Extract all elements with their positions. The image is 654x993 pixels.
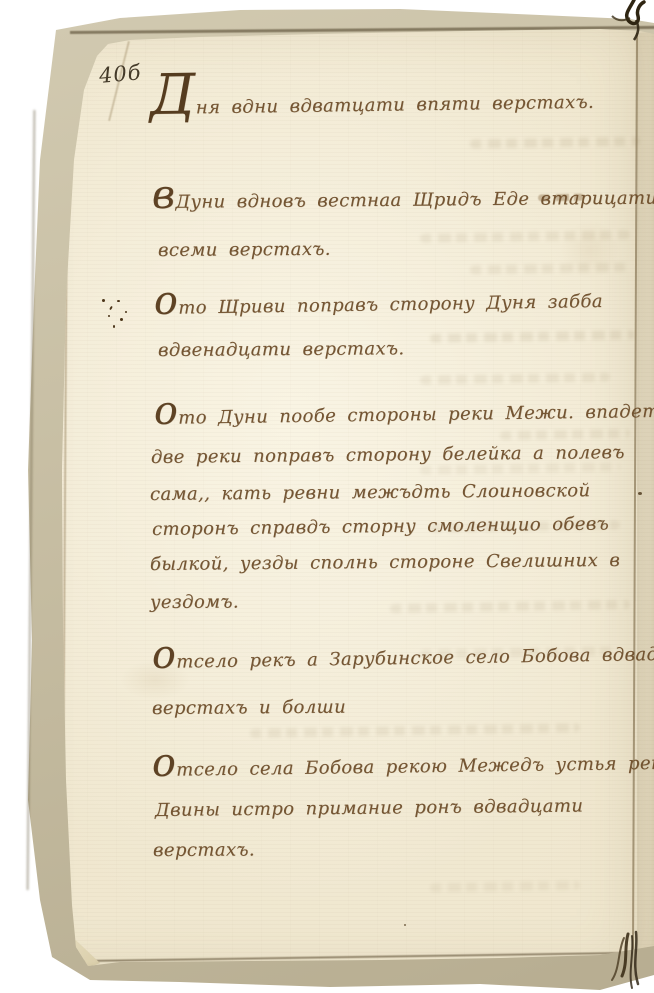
bleedthrough-ghost-text <box>420 372 610 384</box>
bleedthrough-ghost-text <box>420 230 630 243</box>
bleedthrough-ghost-text <box>430 330 635 343</box>
ink-speck <box>404 924 406 926</box>
manuscript-line: вдвенадцати верстахъ. <box>158 338 405 361</box>
manuscript-line: ото Дуни пообе стороны реки Межи. впадет… <box>154 401 654 429</box>
bleedthrough-ghost-text <box>470 263 630 275</box>
manuscript-line: Дня вдни вдватцати впяти верстахъ. <box>150 90 594 119</box>
manuscript-line: сама,, кать ревни межъдть Слоиновской <box>150 480 591 505</box>
bleedthrough-ghost-text <box>500 429 630 440</box>
ink-speckle <box>125 311 127 313</box>
binding-thread-icon <box>600 0 654 44</box>
ink-speck <box>638 492 642 495</box>
bleedthrough-ghost-text <box>390 600 630 613</box>
manuscript-line: уездомъ. <box>150 592 239 613</box>
manuscript-line: ото Щриви поправъ сторону Дуня забба <box>154 291 603 319</box>
bleedthrough-ghost-text <box>470 137 640 149</box>
manuscript-page: 40б Дня вдни вдватцати впяти верстахъ. в… <box>0 0 654 993</box>
manuscript-line: верстахъ. <box>153 839 255 861</box>
manuscript-line: вДуни вдновъ вестнаа Щридъ Еде втарицати <box>152 188 654 213</box>
binding-threads-frayed-icon <box>598 928 654 992</box>
ink-speckle <box>108 315 110 317</box>
manuscript-line: былкой, уезды сполнь стороне Свелишних в <box>150 550 620 575</box>
manuscript-line: всеми верстахъ. <box>158 239 331 261</box>
folio-number: 40б <box>98 60 142 88</box>
manuscript-line: отсело рекъ а Зарубинское село Бобова вд… <box>152 643 654 673</box>
manuscript-line: верстахъ и болши <box>152 697 346 719</box>
ink-speckle <box>102 299 105 302</box>
bleedthrough-ghost-text <box>430 881 580 893</box>
manuscript-line: отсело села Бобова рекою Межедъ устья ре… <box>152 753 654 781</box>
ink-speckle <box>117 300 120 302</box>
manuscript-line: Двины истро примание ронъ вдвадцати <box>155 796 584 821</box>
bleedthrough-ghost-text <box>250 723 580 738</box>
ink-speckle <box>113 325 115 328</box>
ink-speckle <box>120 318 123 321</box>
manuscript-line: сторонъ справдъ сторну смоленщио обевъ <box>152 513 609 540</box>
photo-background: 40б Дня вдни вдватцати впяти верстахъ. в… <box>0 0 654 993</box>
ink-speckle <box>109 306 113 310</box>
